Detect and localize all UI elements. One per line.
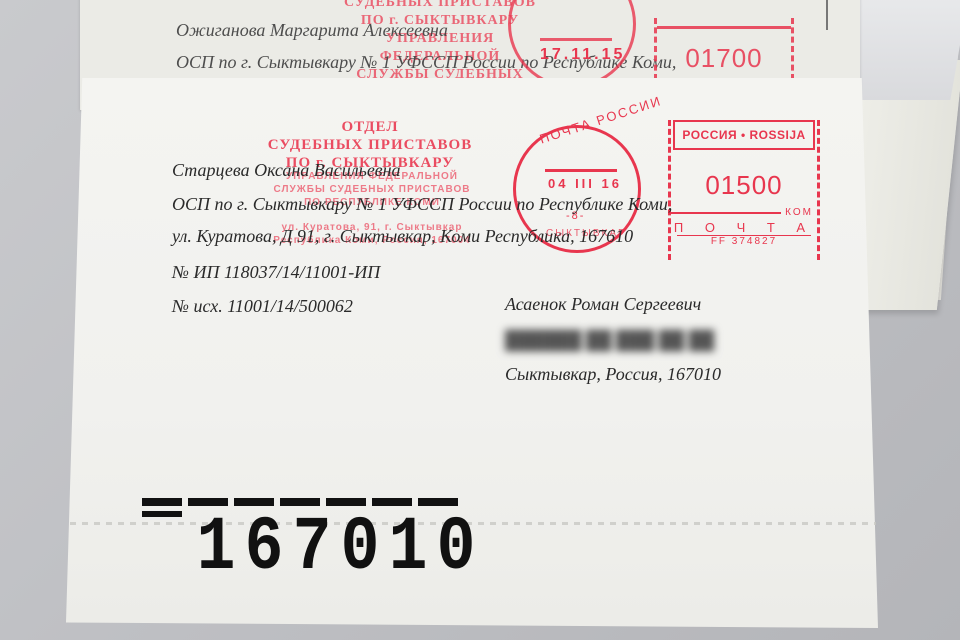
back-postmark-line: [540, 38, 612, 41]
sender-address: ул. Куратова, Д 91, г. Сыктывкар, Коми Р…: [172, 226, 633, 247]
back-sender-name: Ожиганова Маргарита Алексеевна: [176, 20, 448, 41]
back-meter-amount: 01700: [657, 43, 791, 74]
sender-org: ОСП по г. Сыктывкару № 1 УФССП России по…: [172, 194, 672, 215]
back-meter-box: 01700: [654, 18, 794, 80]
postage-meter-box: РОССИЯ • ROSSIJA 01500 КОМ П О Ч Т А FF …: [668, 120, 820, 260]
outgoing-number: № исх. 11001/14/500062: [172, 296, 353, 317]
postal-code-digit: 7: [292, 510, 333, 586]
meter-header: РОССИЯ • ROSSIJA: [673, 120, 815, 150]
meter-pochta: П О Ч Т А: [671, 220, 817, 235]
enforcement-number: № ИП 118037/14/11001-ИП: [172, 262, 380, 283]
sender-name: Старцева Оксана Васильевна: [172, 160, 401, 181]
recipient-name: Асаенок Роман Сергеевич: [505, 294, 701, 315]
paper-edge-mark: [826, 0, 828, 30]
stamp-line: СУДЕБНЫХ ПРИСТАВОВ: [248, 136, 492, 154]
postal-code-digit: 1: [388, 510, 429, 586]
stamp-line: ОТДЕЛ: [248, 118, 492, 136]
recipient-city: Сыктывкар, Россия, 167010: [505, 364, 721, 385]
recipient-street-redacted: ██████ ██ ███ ██ ██: [505, 330, 755, 351]
postal-code: 1 6 7 0 1 0: [192, 510, 480, 586]
postmark-line: [545, 169, 617, 172]
postal-code-digit: 6: [244, 510, 285, 586]
meter-region: КОМ: [785, 207, 813, 218]
meter-serial: FF 374827: [677, 235, 811, 247]
postal-code-digit: 0: [436, 510, 477, 586]
meter-amount: 01500: [671, 170, 817, 201]
postmark-date: 04 III 16: [548, 176, 622, 191]
back-postmark-date: 17.11.15: [540, 46, 625, 64]
postal-code-digit: 1: [196, 510, 237, 586]
postal-code-digit: 0: [340, 510, 381, 586]
